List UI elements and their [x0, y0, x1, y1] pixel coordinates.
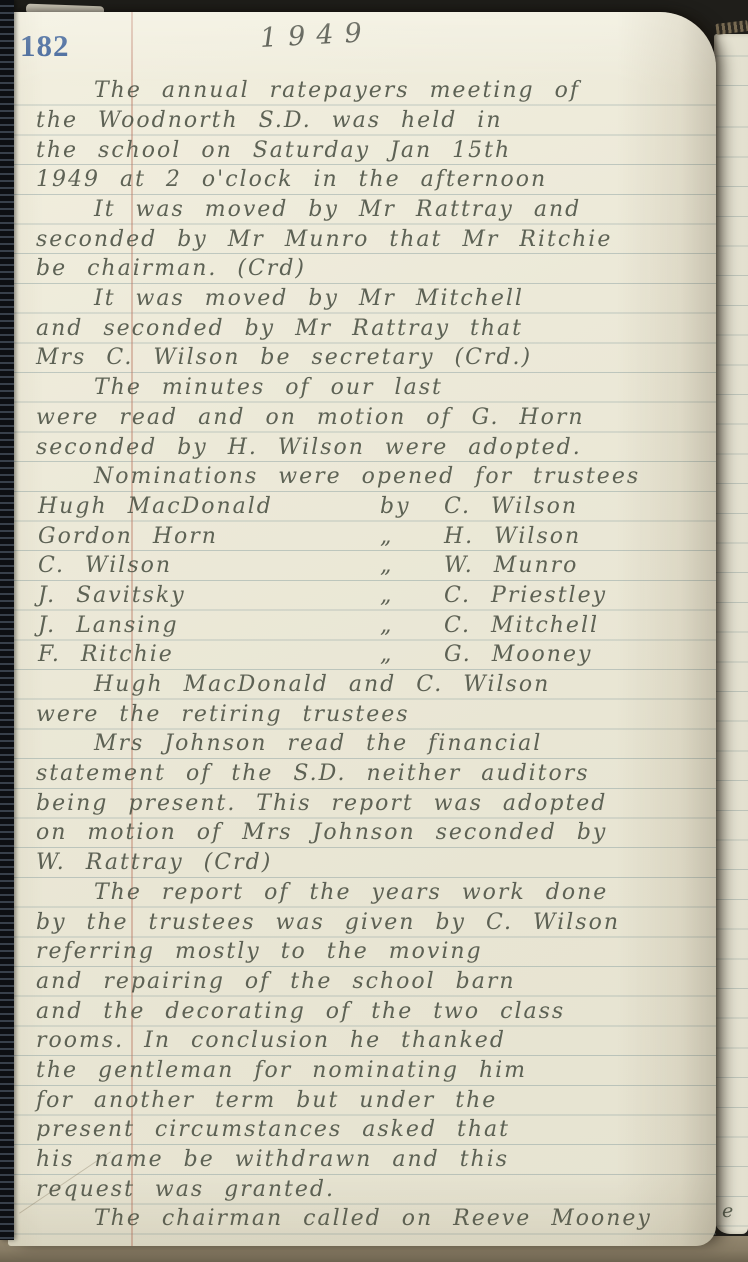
- minute-book-photo: e 182 1949 The annual ratepayers meeting…: [0, 0, 748, 1262]
- manuscript-line: statement of the S.D. neither auditors: [36, 759, 712, 789]
- nominator-name: H. Wilson: [444, 522, 581, 552]
- manuscript-line: referring mostly to the moving: [36, 937, 712, 967]
- manuscript-line: Nominations were opened for trustees: [36, 462, 712, 492]
- manuscript-line: W. Rattray (Crd): [36, 848, 712, 878]
- manuscript-line: Mrs C. Wilson be secretary (Crd.): [36, 343, 712, 373]
- nominator-name: W. Munro: [444, 551, 578, 581]
- manuscript-line: It was moved by Mr Rattray and: [36, 195, 712, 225]
- manuscript-line: by the trustees was given by C. Wilson: [36, 908, 712, 938]
- nominator-name: C. Wilson: [444, 492, 578, 522]
- ditto-or-by-mark: by: [380, 492, 411, 522]
- ditto-or-by-mark: „: [380, 522, 393, 552]
- nominator-name: G. Mooney: [444, 640, 592, 670]
- next-page-edge: [714, 34, 748, 1234]
- nominee-name: J. Savitsky: [38, 581, 186, 611]
- manuscript-line: be chairman. (Crd): [36, 254, 712, 284]
- ditto-or-by-mark: „: [380, 551, 393, 581]
- manuscript-line: The annual ratepayers meeting of: [36, 76, 712, 106]
- manuscript-line: The chairman called on Reeve Mooney: [36, 1204, 712, 1234]
- manuscript-line: J. Lansing„C. Mitchell: [36, 611, 712, 641]
- nominator-name: C. Priestley: [444, 581, 607, 611]
- nominee-name: Hugh MacDonald: [38, 492, 273, 522]
- manuscript-line: rooms. In conclusion he thanked: [36, 1026, 712, 1056]
- manuscript-line: on motion of Mrs Johnson seconded by: [36, 818, 712, 848]
- manuscript-line: seconded by H. Wilson were adopted.: [36, 433, 712, 463]
- manuscript-line: were read and on motion of G. Horn: [36, 403, 712, 433]
- manuscript-line: Hugh MacDonald and C. Wilson: [36, 670, 712, 700]
- binding-stitches: [715, 20, 748, 35]
- manuscript-line: present circumstances asked that: [36, 1115, 712, 1145]
- nominee-name: F. Ritchie: [38, 640, 174, 670]
- minute-book-page: 182 1949 The annual ratepayers meeting o…: [8, 12, 716, 1246]
- manuscript-line: the school on Saturday Jan 15th: [36, 136, 712, 166]
- manuscript-line: were the retiring trustees: [36, 700, 712, 730]
- manuscript-line: It was moved by Mr Mitchell: [36, 284, 712, 314]
- manuscript-line: Mrs Johnson read the financial: [36, 729, 712, 759]
- year-heading: 1949: [259, 17, 373, 54]
- ditto-or-by-mark: „: [380, 640, 393, 670]
- manuscript: The annual ratepayers meeting ofthe Wood…: [36, 76, 712, 1234]
- next-page-handwriting: e: [722, 1200, 733, 1222]
- manuscript-line: and seconded by Mr Rattray that: [36, 314, 712, 344]
- manuscript-line: seconded by Mr Munro that Mr Ritchie: [36, 225, 712, 255]
- manuscript-line: The report of the years work done: [36, 878, 712, 908]
- manuscript-line: J. Savitsky„C. Priestley: [36, 581, 712, 611]
- manuscript-line: the Woodnorth S.D. was held in: [36, 106, 712, 136]
- manuscript-line: Hugh MacDonaldbyC. Wilson: [36, 492, 712, 522]
- page-number: 182: [20, 28, 70, 64]
- manuscript-line: C. Wilson„W. Munro: [36, 551, 712, 581]
- manuscript-line: and repairing of the school barn: [36, 967, 712, 997]
- manuscript-line: The minutes of our last: [36, 373, 712, 403]
- manuscript-line: being present. This report was adopted: [36, 789, 712, 819]
- book-binding: [0, 0, 14, 1240]
- manuscript-line: for another term but under the: [36, 1086, 712, 1116]
- nominee-name: Gordon Horn: [38, 522, 218, 552]
- manuscript-line: request was granted.: [36, 1175, 712, 1205]
- manuscript-line: and the decorating of the two class: [36, 997, 712, 1027]
- manuscript-line: the gentleman for nominating him: [36, 1056, 712, 1086]
- nominator-name: C. Mitchell: [444, 611, 599, 641]
- manuscript-line: 1949 at 2 o'clock in the afternoon: [36, 165, 712, 195]
- ditto-or-by-mark: „: [380, 611, 393, 641]
- ditto-or-by-mark: „: [380, 581, 393, 611]
- manuscript-line: Gordon Horn„H. Wilson: [36, 522, 712, 552]
- manuscript-line: his name be withdrawn and this: [36, 1145, 712, 1175]
- manuscript-line: F. Ritchie„G. Mooney: [36, 640, 712, 670]
- nominee-name: J. Lansing: [38, 611, 179, 641]
- nominee-name: C. Wilson: [38, 551, 172, 581]
